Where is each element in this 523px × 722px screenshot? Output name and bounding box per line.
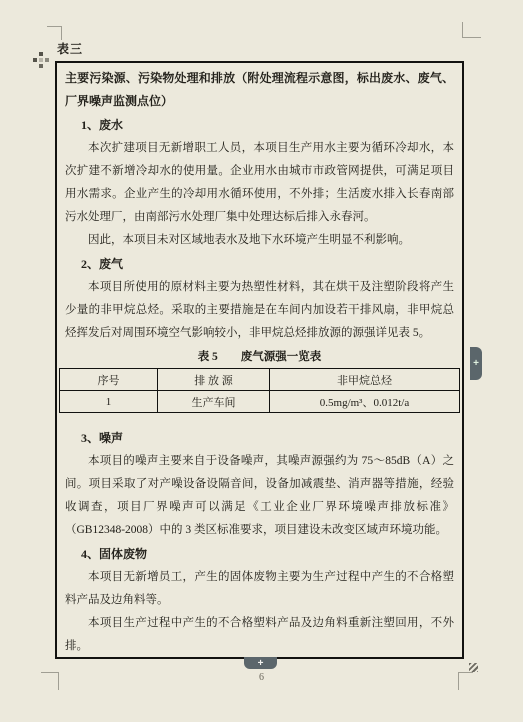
paragraph: 本项目所使用的原材料主要为热塑性材料，其在烘干及注塑阶段将产生少量的非甲烷总烃。…	[65, 276, 454, 345]
section-heading-solid-waste: 4、固体废物	[65, 543, 454, 566]
paragraph: 本项目生产过程中产生的不合格塑料产品及边角料重新注塑回用，不外排。	[65, 612, 454, 658]
bottom-expand-tab-button[interactable]: +	[244, 657, 277, 669]
section-heading-waste-gas: 2、废气	[65, 253, 454, 276]
side-expand-tab-button[interactable]: +	[470, 347, 482, 380]
section-heading-noise: 3、噪声	[65, 427, 454, 450]
table5-cell-value: 0.5mg/m³、0.012t/a	[270, 391, 460, 413]
table5-col-header: 序号	[60, 369, 158, 391]
sheet-label: 表三	[57, 40, 83, 57]
paragraph: 本项目无新增员工，产生的固体废物主要为生产过程中产生的不合格塑料产品及边角料等。	[65, 566, 454, 612]
paragraph: 因此，本项目未对区域地表水及地下水环境产生明显不利影响。	[65, 229, 454, 252]
section-heading-wastewater: 1、废水	[65, 114, 454, 137]
paragraph: 本项目的噪声主要来自于设备噪声，其噪声源强约为 75～85dB（A）之间。项目采…	[65, 450, 454, 542]
table5-header-row: 序号 排 放 源 非甲烷总烃	[60, 369, 460, 391]
main-table-cell: 主要污染源、污染物处理和排放（附处理流程示意图，标出废水、废气、厂界噪声监测点位…	[55, 61, 464, 659]
plus-icon: +	[258, 658, 264, 669]
table5-cell-no: 1	[60, 391, 158, 413]
table-resize-handle[interactable]	[469, 663, 478, 672]
table-move-handle-icon[interactable]	[33, 52, 49, 68]
table5-caption: 表 5 废气源强一览表	[65, 347, 454, 367]
table5-cell-source: 生产车间	[158, 391, 270, 413]
table5-col-header: 排 放 源	[158, 369, 270, 391]
margin-corner-mark-top-left	[47, 26, 62, 40]
table5-data-row: 1 生产车间 0.5mg/m³、0.012t/a	[60, 391, 460, 413]
table5: 序号 排 放 源 非甲烷总烃 1 生产车间 0.5mg/m³、0.012t/a	[59, 368, 460, 413]
paragraph: 本次扩建项目无新增职工人员，本项目生产用水主要为循环冷却水，本次扩建不新增冷却水…	[65, 137, 454, 229]
document-page: 表三 主要污染源、污染物处理和排放（附处理流程示意图，标出废水、废气、厂界噪声监…	[0, 0, 523, 722]
plus-icon: +	[473, 358, 479, 369]
margin-corner-mark-top-right	[462, 22, 481, 38]
table5-col-header: 非甲烷总烃	[270, 369, 460, 391]
cell-title: 主要污染源、污染物处理和排放（附处理流程示意图，标出废水、废气、厂界噪声监测点位…	[65, 67, 454, 113]
page-number: 6	[0, 672, 523, 683]
